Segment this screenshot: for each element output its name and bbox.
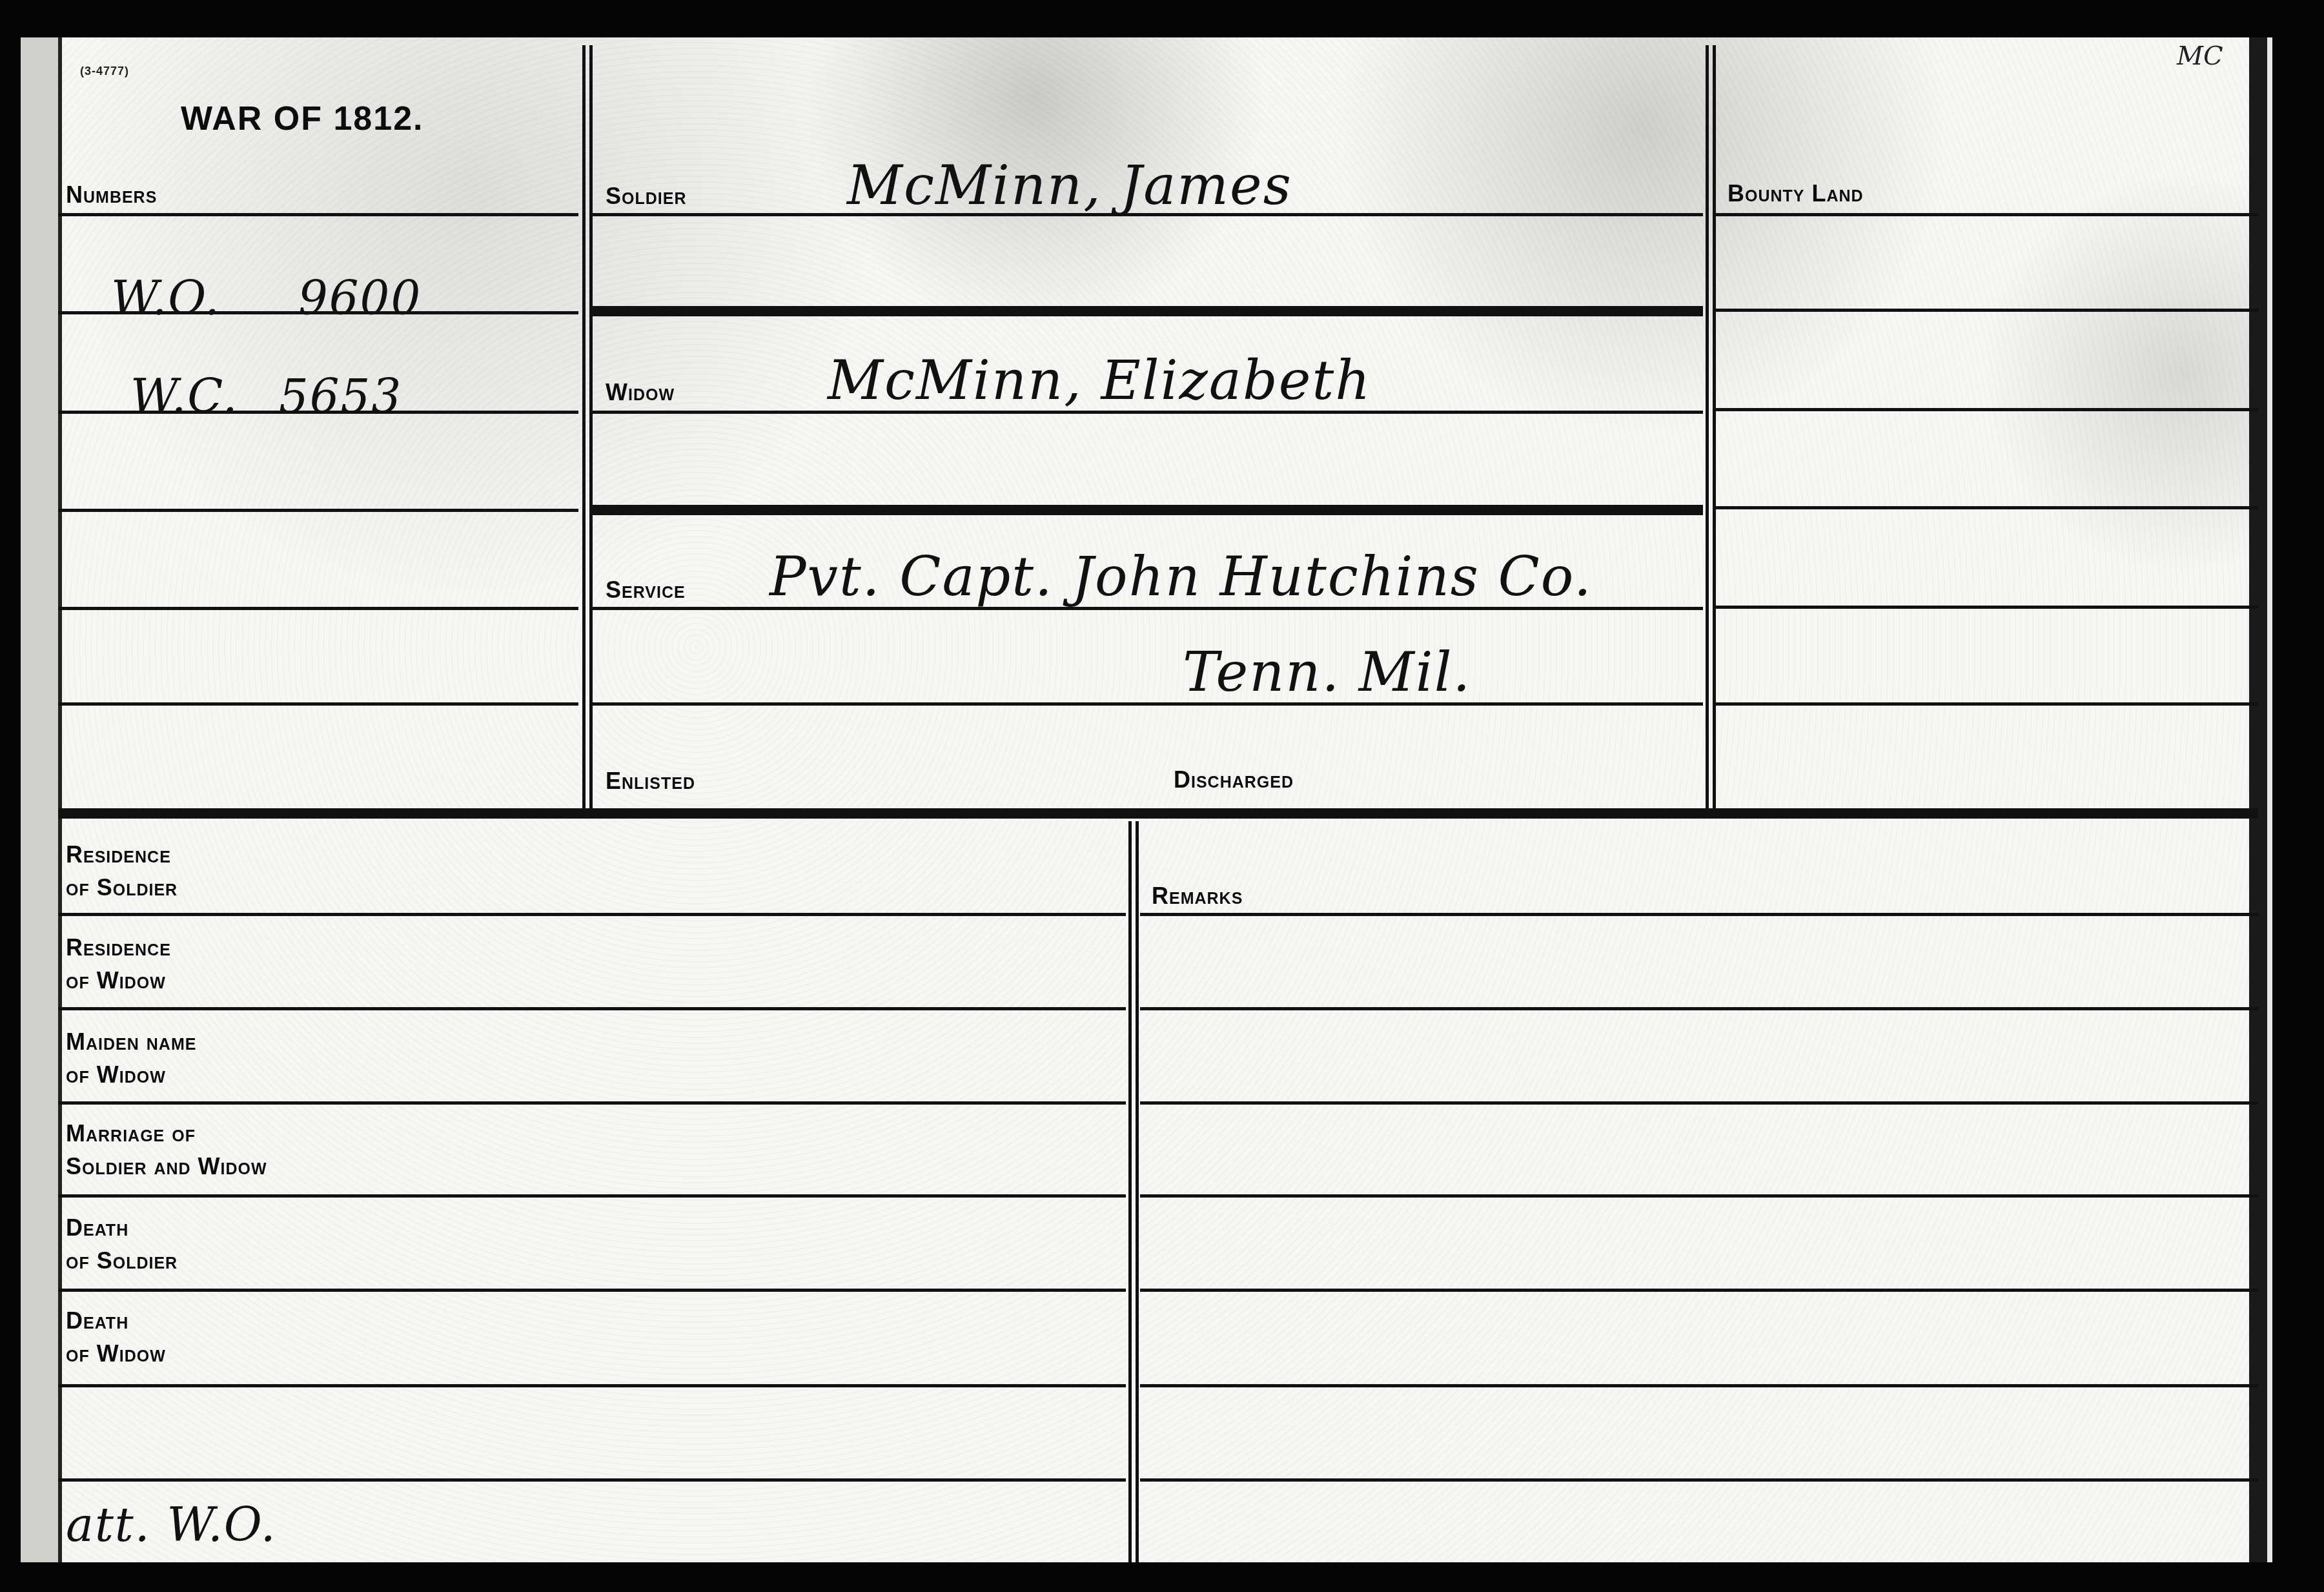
rule: [591, 607, 1703, 610]
rule: [58, 509, 578, 512]
soldier-name: McMinn, James: [847, 154, 1292, 217]
footer-note: att. W.O.: [66, 1498, 277, 1552]
discharged-label: Discharged: [1174, 768, 1294, 791]
field-label-line1: Residence: [66, 838, 178, 871]
rule: [1715, 213, 2258, 216]
field-label-line2: Soldier and Widow: [66, 1150, 267, 1183]
corner-mark: MC: [2177, 41, 2223, 71]
card-left-edge: [21, 37, 62, 1562]
rule: [58, 213, 578, 216]
field-death-widow: Death of Widow: [66, 1304, 166, 1370]
rule: [591, 505, 1703, 510]
field-maiden-name-widow: Maiden name of Widow: [66, 1025, 196, 1091]
rule: [58, 1007, 1126, 1010]
widow-name: McMinn, Elizabeth: [828, 349, 1371, 412]
rule: [58, 607, 578, 610]
field-residence-widow: Residence of Widow: [66, 931, 171, 997]
rule: [1715, 408, 2258, 411]
paper-texture: [21, 37, 2272, 1562]
rule: [1140, 1101, 2258, 1105]
numbers-entry-1-type: W.O.: [111, 271, 221, 325]
service-line-1: Pvt. Capt. John Hutchins Co.: [770, 545, 1593, 608]
rule: [58, 411, 578, 414]
rule: [1140, 1289, 2258, 1292]
bounty-land-label: Bounty Land: [1728, 182, 1864, 205]
divider-soldier-bounty: [1706, 45, 1709, 815]
numbers-entry-2-type: W.C.: [130, 369, 239, 424]
rule: [1140, 1384, 2258, 1387]
field-label-line1: Death: [66, 1304, 166, 1337]
card-right-border: [2249, 37, 2267, 1562]
rule: [1140, 1007, 2258, 1010]
field-death-soldier: Death of Soldier: [66, 1211, 178, 1277]
rule: [1140, 1194, 2258, 1198]
form-code: (3-4777): [80, 65, 129, 78]
rule: [1715, 702, 2258, 706]
rule: [591, 411, 1703, 414]
numbers-entry-1-number: 9600: [298, 271, 422, 325]
field-label-line2: of Widow: [66, 964, 171, 997]
field-marriage: Marriage of Soldier and Widow: [66, 1117, 267, 1183]
card-title: WAR OF 1812.: [181, 99, 424, 138]
rule: [58, 1289, 1126, 1292]
field-label-line1: Death: [66, 1211, 178, 1244]
remarks-label: Remarks: [1152, 884, 1243, 908]
rule: [1140, 913, 2258, 916]
field-label-line1: Residence: [66, 931, 171, 964]
section-divider: [58, 808, 2258, 813]
rule: [58, 913, 1126, 916]
rule: [58, 1478, 1126, 1482]
rule: [58, 1384, 1126, 1387]
rule: [591, 306, 1703, 311]
divider-fields-remarks: [1128, 821, 1132, 1562]
rule: [58, 1101, 1126, 1105]
rule: [1715, 309, 2258, 312]
service-label: Service: [606, 578, 686, 602]
field-label-line2: of Soldier: [66, 871, 178, 904]
rule: [58, 702, 578, 706]
service-line-2: Tenn. Mil.: [1183, 640, 1471, 704]
numbers-label: Numbers: [66, 183, 157, 207]
field-residence-soldier: Residence of Soldier: [66, 838, 178, 904]
pension-index-card: (3-4777) WAR OF 1812. MC Numbers W.O. 96…: [21, 37, 2272, 1562]
card-right-edge: [2267, 37, 2272, 1562]
enlisted-label: Enlisted: [606, 770, 695, 793]
field-label-line2: of Widow: [66, 1058, 196, 1091]
rule: [1715, 606, 2258, 609]
field-label-line1: Maiden name: [66, 1025, 196, 1058]
rule: [591, 213, 1703, 216]
rule: [58, 1194, 1126, 1198]
rule: [58, 311, 578, 314]
field-label-line2: of Widow: [66, 1337, 166, 1370]
soldier-label: Soldier: [606, 185, 686, 208]
rule: [1140, 1478, 2258, 1482]
field-label-line1: Marriage of: [66, 1117, 267, 1150]
rule: [1715, 506, 2258, 509]
divider-numbers-soldier: [582, 45, 586, 815]
widow-label: Widow: [606, 381, 675, 404]
numbers-entry-2-number: 5653: [279, 369, 402, 424]
field-label-line2: of Soldier: [66, 1244, 178, 1277]
rule: [591, 702, 1703, 706]
